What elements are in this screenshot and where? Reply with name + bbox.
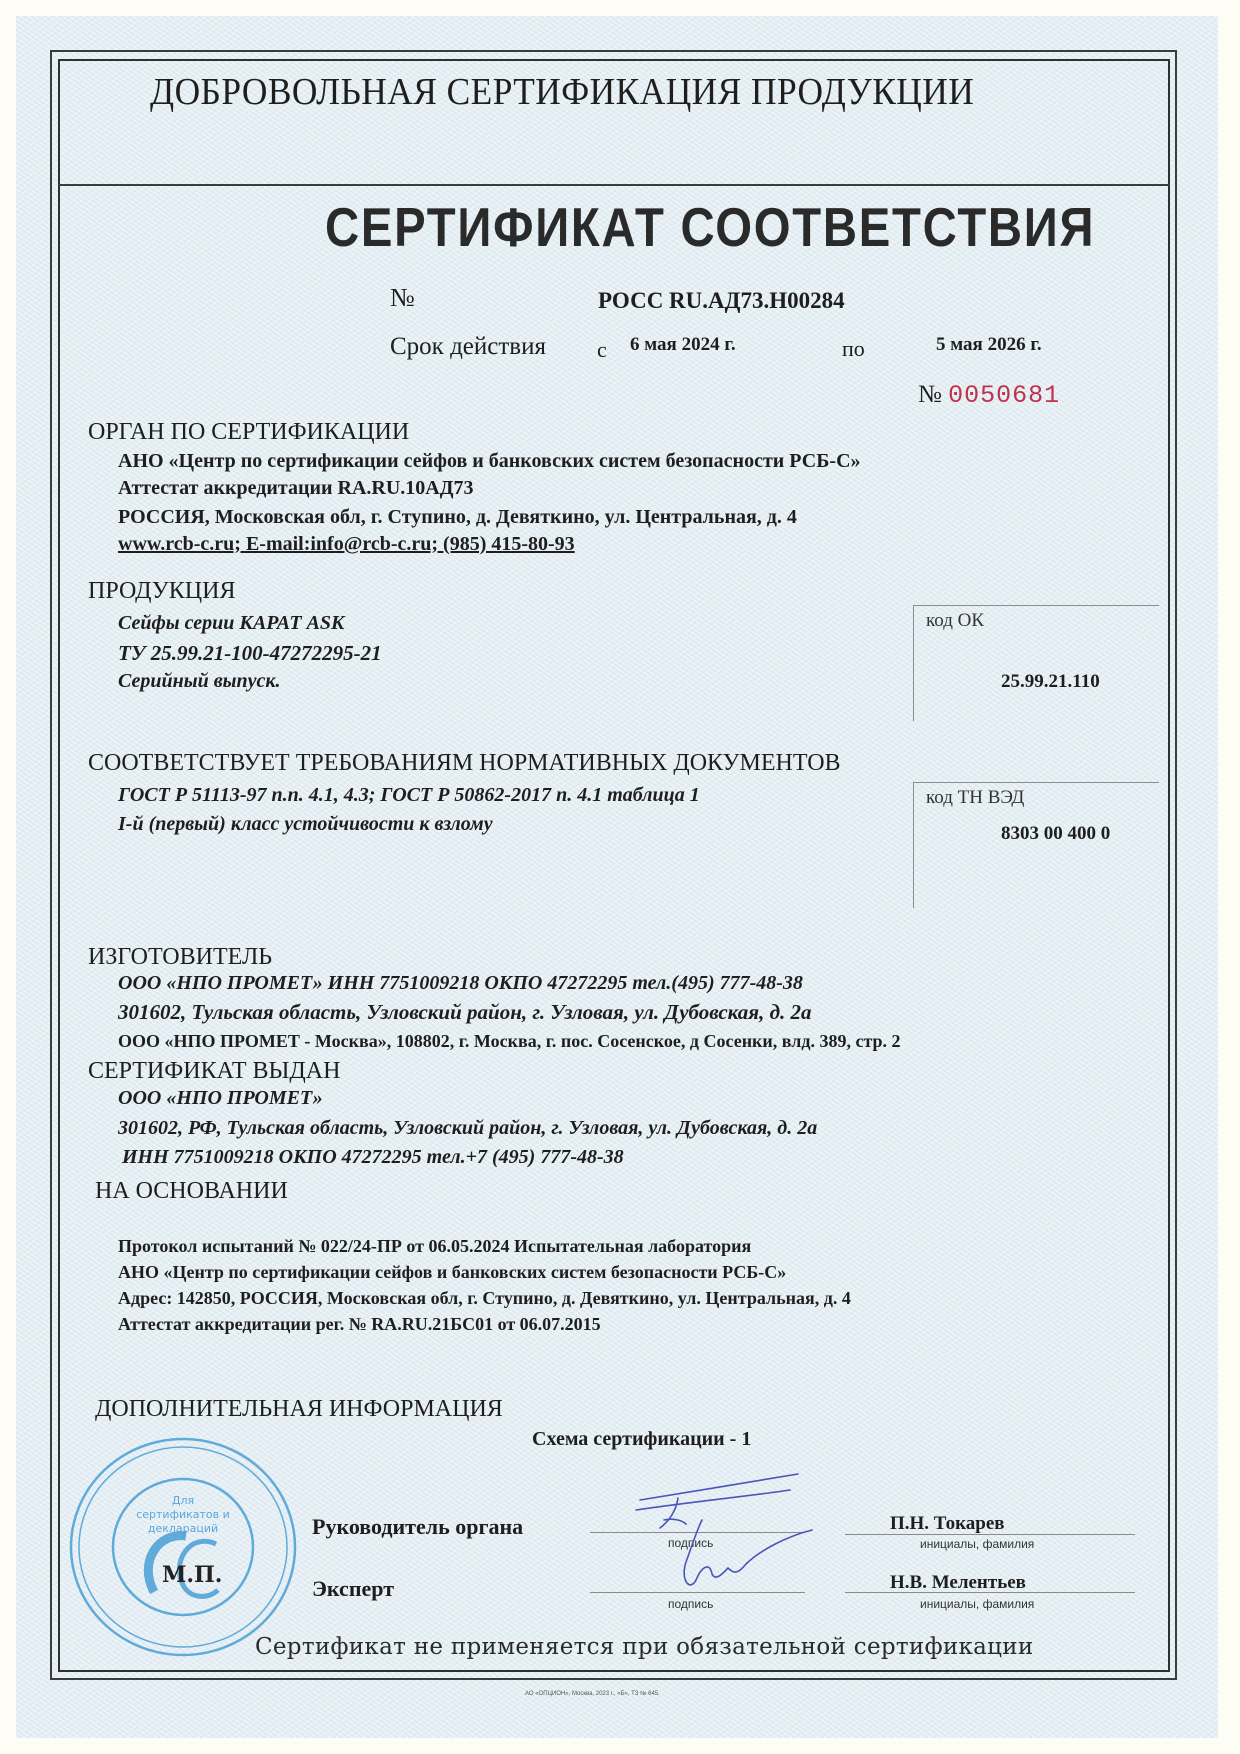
basis-line: Аттестат аккредитации рег. № RA.RU.21БС0… xyxy=(118,1314,601,1335)
expert-name: Н.В. Мелентьев xyxy=(890,1572,1026,1594)
validity-from-label: с xyxy=(597,337,607,363)
valid-from-date: 6 мая 2024 г. xyxy=(630,334,736,356)
expert-name-caption: инициалы, фамилия xyxy=(920,1597,1034,1611)
okp-code-box: код ОК 25.99.21.110 xyxy=(913,605,1159,721)
section-heading-additional: ДОПОЛНИТЕЛЬНАЯ ИНФОРМАЦИЯ xyxy=(95,1396,503,1423)
head-name: П.Н. Токарев xyxy=(890,1513,1005,1535)
valid-to-date: 5 мая 2026 г. xyxy=(936,334,1042,356)
tnved-code-value: 8303 00 400 0 xyxy=(1001,823,1110,845)
footer-note: Сертификат не применяется при обязательн… xyxy=(255,1634,1034,1660)
section-heading-manufacturer: ИЗГОТОВИТЕЛЬ xyxy=(88,944,272,971)
standard-line: ГОСТ Р 51113-97 п.п. 4.1, 4.3; ГОСТ Р 50… xyxy=(118,784,700,807)
expert-label: Эксперт xyxy=(312,1576,394,1602)
printer-imprint: АО «ОПЦИОН», Москва, 2023 г., «Б», ТЗ № … xyxy=(525,1691,660,1697)
cert-number-label: № xyxy=(390,283,415,313)
section-heading-certification-body: ОРГАН ПО СЕРТИФИКАЦИИ xyxy=(88,419,409,446)
header-divider xyxy=(58,184,1170,186)
section-heading-product: ПРОДУКЦИЯ xyxy=(88,578,235,605)
issued-to-line: ИНН 7751009218 ОКПО 47272295 тел.+7 (495… xyxy=(122,1146,624,1169)
head-name-line xyxy=(845,1534,1135,1535)
okp-code-label: код ОК xyxy=(926,610,984,632)
blank-number-label: № xyxy=(918,381,942,408)
page-title: СЕРТИФИКАТ СООТВЕТСТВИЯ xyxy=(325,195,1095,259)
certification-body-line: РОССИЯ, Московская обл, г. Ступино, д. Д… xyxy=(118,506,797,529)
validity-to-label: по xyxy=(842,336,865,362)
section-heading-compliance: СООТВЕТСТВУЕТ ТРЕБОВАНИЯМ НОРМАТИВНЫХ ДО… xyxy=(88,750,841,777)
basis-line: Адрес: 142850, РОССИЯ, Московская обл, г… xyxy=(118,1288,851,1309)
product-line: Серийный выпуск. xyxy=(118,670,281,693)
svg-text:деклараций: деклараций xyxy=(148,1522,218,1535)
blank-number: № 0050681 xyxy=(918,381,1060,410)
basis-line: Протокол испытаний № 022/24-ПР от 06.05.… xyxy=(118,1236,751,1257)
document-type-title: ДОБРОВОЛЬНАЯ СЕРТИФИКАЦИЯ ПРОДУКЦИИ xyxy=(150,70,974,114)
product-line: ТУ 25.99.21-100-47272295-21 xyxy=(118,641,382,666)
certification-scheme: Схема сертификации - 1 xyxy=(532,1428,751,1451)
tnved-code-box: код ТН ВЭД 8303 00 400 0 xyxy=(913,782,1159,908)
head-name-caption: инициалы, фамилия xyxy=(920,1537,1034,1551)
official-stamp: Для сертификатов и деклараций М.П. xyxy=(58,1432,300,1662)
certification-body-line: Аттестат аккредитации RA.RU.10АД73 xyxy=(118,477,474,500)
svg-text:сертификатов и: сертификатов и xyxy=(136,1508,230,1521)
issued-to-line: 301602, РФ, Тульская область, Узловский … xyxy=(118,1117,817,1140)
certification-body-contacts-link[interactable]: www.rcb-c.ru; E-mail:info@rcb-c.ru; (985… xyxy=(118,533,575,556)
issued-to-line: ООО «НПО ПРОМЕТ» xyxy=(118,1087,323,1110)
manufacturer-line: ООО «НПО ПРОМЕТ» ИНН 7751009218 ОКПО 472… xyxy=(118,972,803,995)
expert-name-line xyxy=(845,1592,1135,1593)
handwritten-signatures-icon xyxy=(600,1462,830,1612)
certification-body-line: АНО «Центр по сертификации сейфов и банк… xyxy=(118,450,861,473)
product-line: Сейфы серии КАРАТ ASK xyxy=(118,612,344,635)
basis-line: АНО «Центр по сертификации сейфов и банк… xyxy=(118,1262,786,1283)
standard-line: I-й (первый) класс устойчивости к взлому xyxy=(118,813,493,836)
svg-text:Для: Для xyxy=(172,1494,194,1507)
mp-label: М.П. xyxy=(162,1562,222,1588)
stamp-seal-icon: Для сертификатов и деклараций М.П. xyxy=(58,1432,300,1662)
cert-number: РОСС RU.АД73.Н00284 xyxy=(598,288,845,314)
blank-number-value: 0050681 xyxy=(948,381,1060,410)
tnved-code-label: код ТН ВЭД xyxy=(926,787,1024,809)
validity-label: Срок действия xyxy=(390,333,546,361)
head-label: Руководитель органа xyxy=(312,1514,523,1540)
manufacturer-line: 301602, Тульская область, Узловский райо… xyxy=(118,1000,812,1025)
section-heading-basis: НА ОСНОВАНИИ xyxy=(95,1178,288,1205)
manufacturer-line: ООО «НПО ПРОМЕТ - Москва», 108802, г. Мо… xyxy=(118,1031,901,1052)
section-heading-issued-to: СЕРТИФИКАТ ВЫДАН xyxy=(88,1058,340,1085)
okp-code-value: 25.99.21.110 xyxy=(1001,671,1100,693)
